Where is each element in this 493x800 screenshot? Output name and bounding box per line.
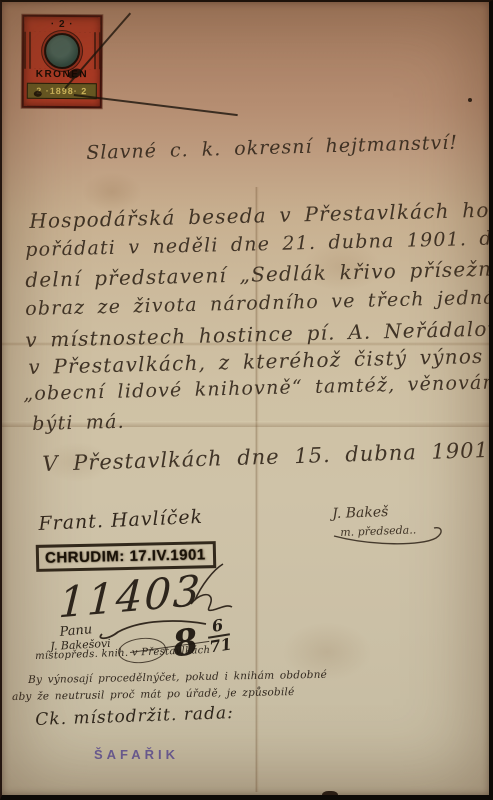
signature-flourish	[332, 520, 452, 552]
fraction-denominator: 71	[208, 635, 233, 655]
ink-mark-bottom	[322, 791, 338, 800]
marginal-note: aby že neutrusil proč mát po úřadě, je z…	[12, 686, 295, 703]
scanned-document: · 2 · KRONEN 2 ·1898· 2 Slavné c. k. okr…	[0, 0, 493, 800]
ink-speck	[468, 98, 472, 102]
ink-blot	[34, 91, 42, 97]
emperor-medallion	[44, 32, 80, 68]
revenue-stamp: · 2 · KRONEN 2 ·1898· 2	[22, 15, 103, 109]
stamp-denomination: KRONEN	[24, 69, 100, 82]
stamp-value-top: · 2 ·	[24, 17, 100, 33]
body-line: delní představení „Sedlák křivo přísežní…	[25, 256, 493, 292]
marginal-note: By výnosají procedělnýčet, pokud i knihá…	[28, 669, 327, 686]
stamp-middle-ornament	[24, 32, 100, 70]
body-line: pořádati v neděli dne 21. dubna 1901. di…	[25, 227, 493, 261]
body-line: Hospodářská beseda v Přestavlkách hodlá	[29, 197, 493, 233]
body-line: obraz ze života národního ve třech jedná…	[25, 285, 493, 320]
fraction-stack: 6 71	[205, 616, 233, 655]
official-name-stamp: ŠAFAŘIK	[94, 747, 179, 762]
signature-left: Frant. Havlíček	[38, 506, 204, 535]
document-title: Slavné c. k. okresní hejtmanství!	[86, 132, 458, 164]
dateline: V Přestavlkách dne 15. dubna 1901.	[42, 438, 493, 476]
body-line: býti má.	[32, 411, 125, 435]
closing-line: Ck. místodržit. rada:	[35, 703, 234, 730]
